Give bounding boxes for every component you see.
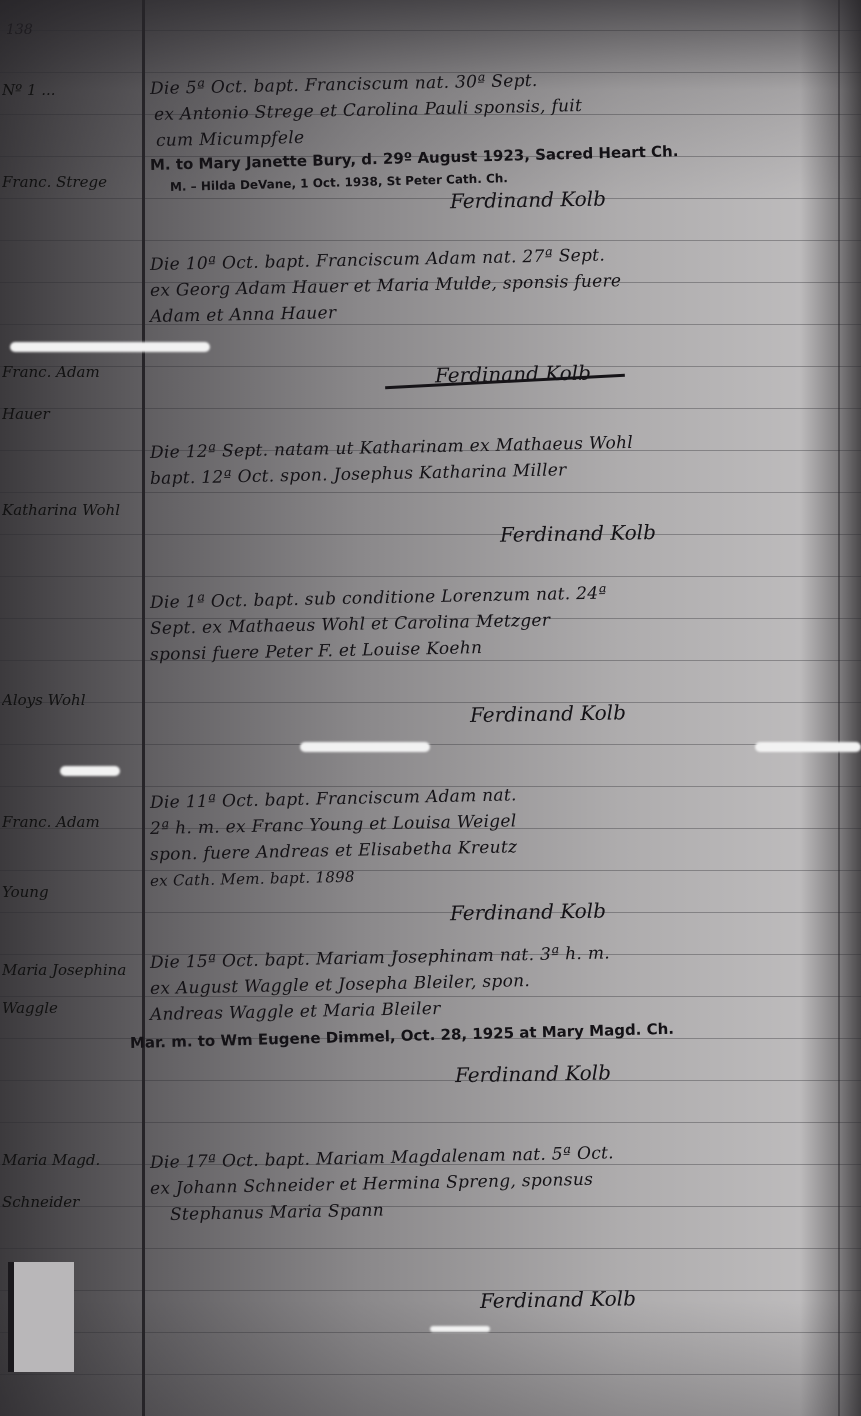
- paper-tear: [755, 742, 861, 752]
- baptism-entry: Die 15ª Oct. bapt. Mariam Josephinam nat…: [150, 950, 820, 1086]
- priest-signature: Ferdinand Kolb: [480, 1281, 820, 1315]
- margin-note: Maria Magd. Schneider: [2, 1150, 140, 1212]
- margin-note: Franc. Adam Young: [2, 812, 140, 902]
- margin-note: Franc. Adam Hauer: [2, 362, 140, 424]
- page-number: 138: [6, 22, 33, 38]
- baptism-entry: Die 1ª Oct. bapt. sub conditione Lorenzu…: [150, 590, 820, 726]
- baptism-entry: Die 10ª Oct. bapt. Franciscum Adam nat. …: [150, 252, 820, 386]
- register-page: 138 Nº 1 ... Franc. Strege Die 5ª Oct. b…: [0, 0, 861, 1416]
- margin-note: Katharina Wohl: [2, 500, 140, 520]
- margin-note: Maria Josephina Waggle: [2, 960, 140, 1018]
- baptism-entry: Die 12ª Sept. natam ut Katharinam ex Mat…: [150, 440, 820, 546]
- margin-rule: [142, 0, 145, 1416]
- paper-tear: [60, 766, 120, 776]
- priest-signature: Ferdinand Kolb: [455, 1055, 820, 1089]
- margin-note: Nº 1 ...: [2, 80, 140, 100]
- baptism-entry: Die 11ª Oct. bapt. Franciscum Adam nat. …: [150, 790, 820, 924]
- paper-tear: [430, 1326, 490, 1332]
- scan-artifact: [8, 1262, 74, 1372]
- priest-signature: Ferdinand Kolb: [450, 181, 820, 215]
- priest-signature: Ferdinand Kolb: [450, 893, 820, 927]
- paper-tear: [300, 742, 430, 752]
- baptism-entry: Die 17ª Oct. bapt. Mariam Magdalenam nat…: [150, 1150, 820, 1312]
- priest-signature: Ferdinand Kolb: [470, 695, 820, 729]
- margin-note: Aloys Wohl: [2, 690, 140, 710]
- right-margin-rule: [838, 0, 840, 1416]
- priest-signature: Ferdinand Kolb: [435, 355, 820, 390]
- baptism-entry: Die 5ª Oct. bapt. Franciscum nat. 30ª Se…: [150, 76, 820, 212]
- priest-signature: Ferdinand Kolb: [500, 515, 820, 549]
- margin-note: Franc. Strege: [2, 172, 140, 192]
